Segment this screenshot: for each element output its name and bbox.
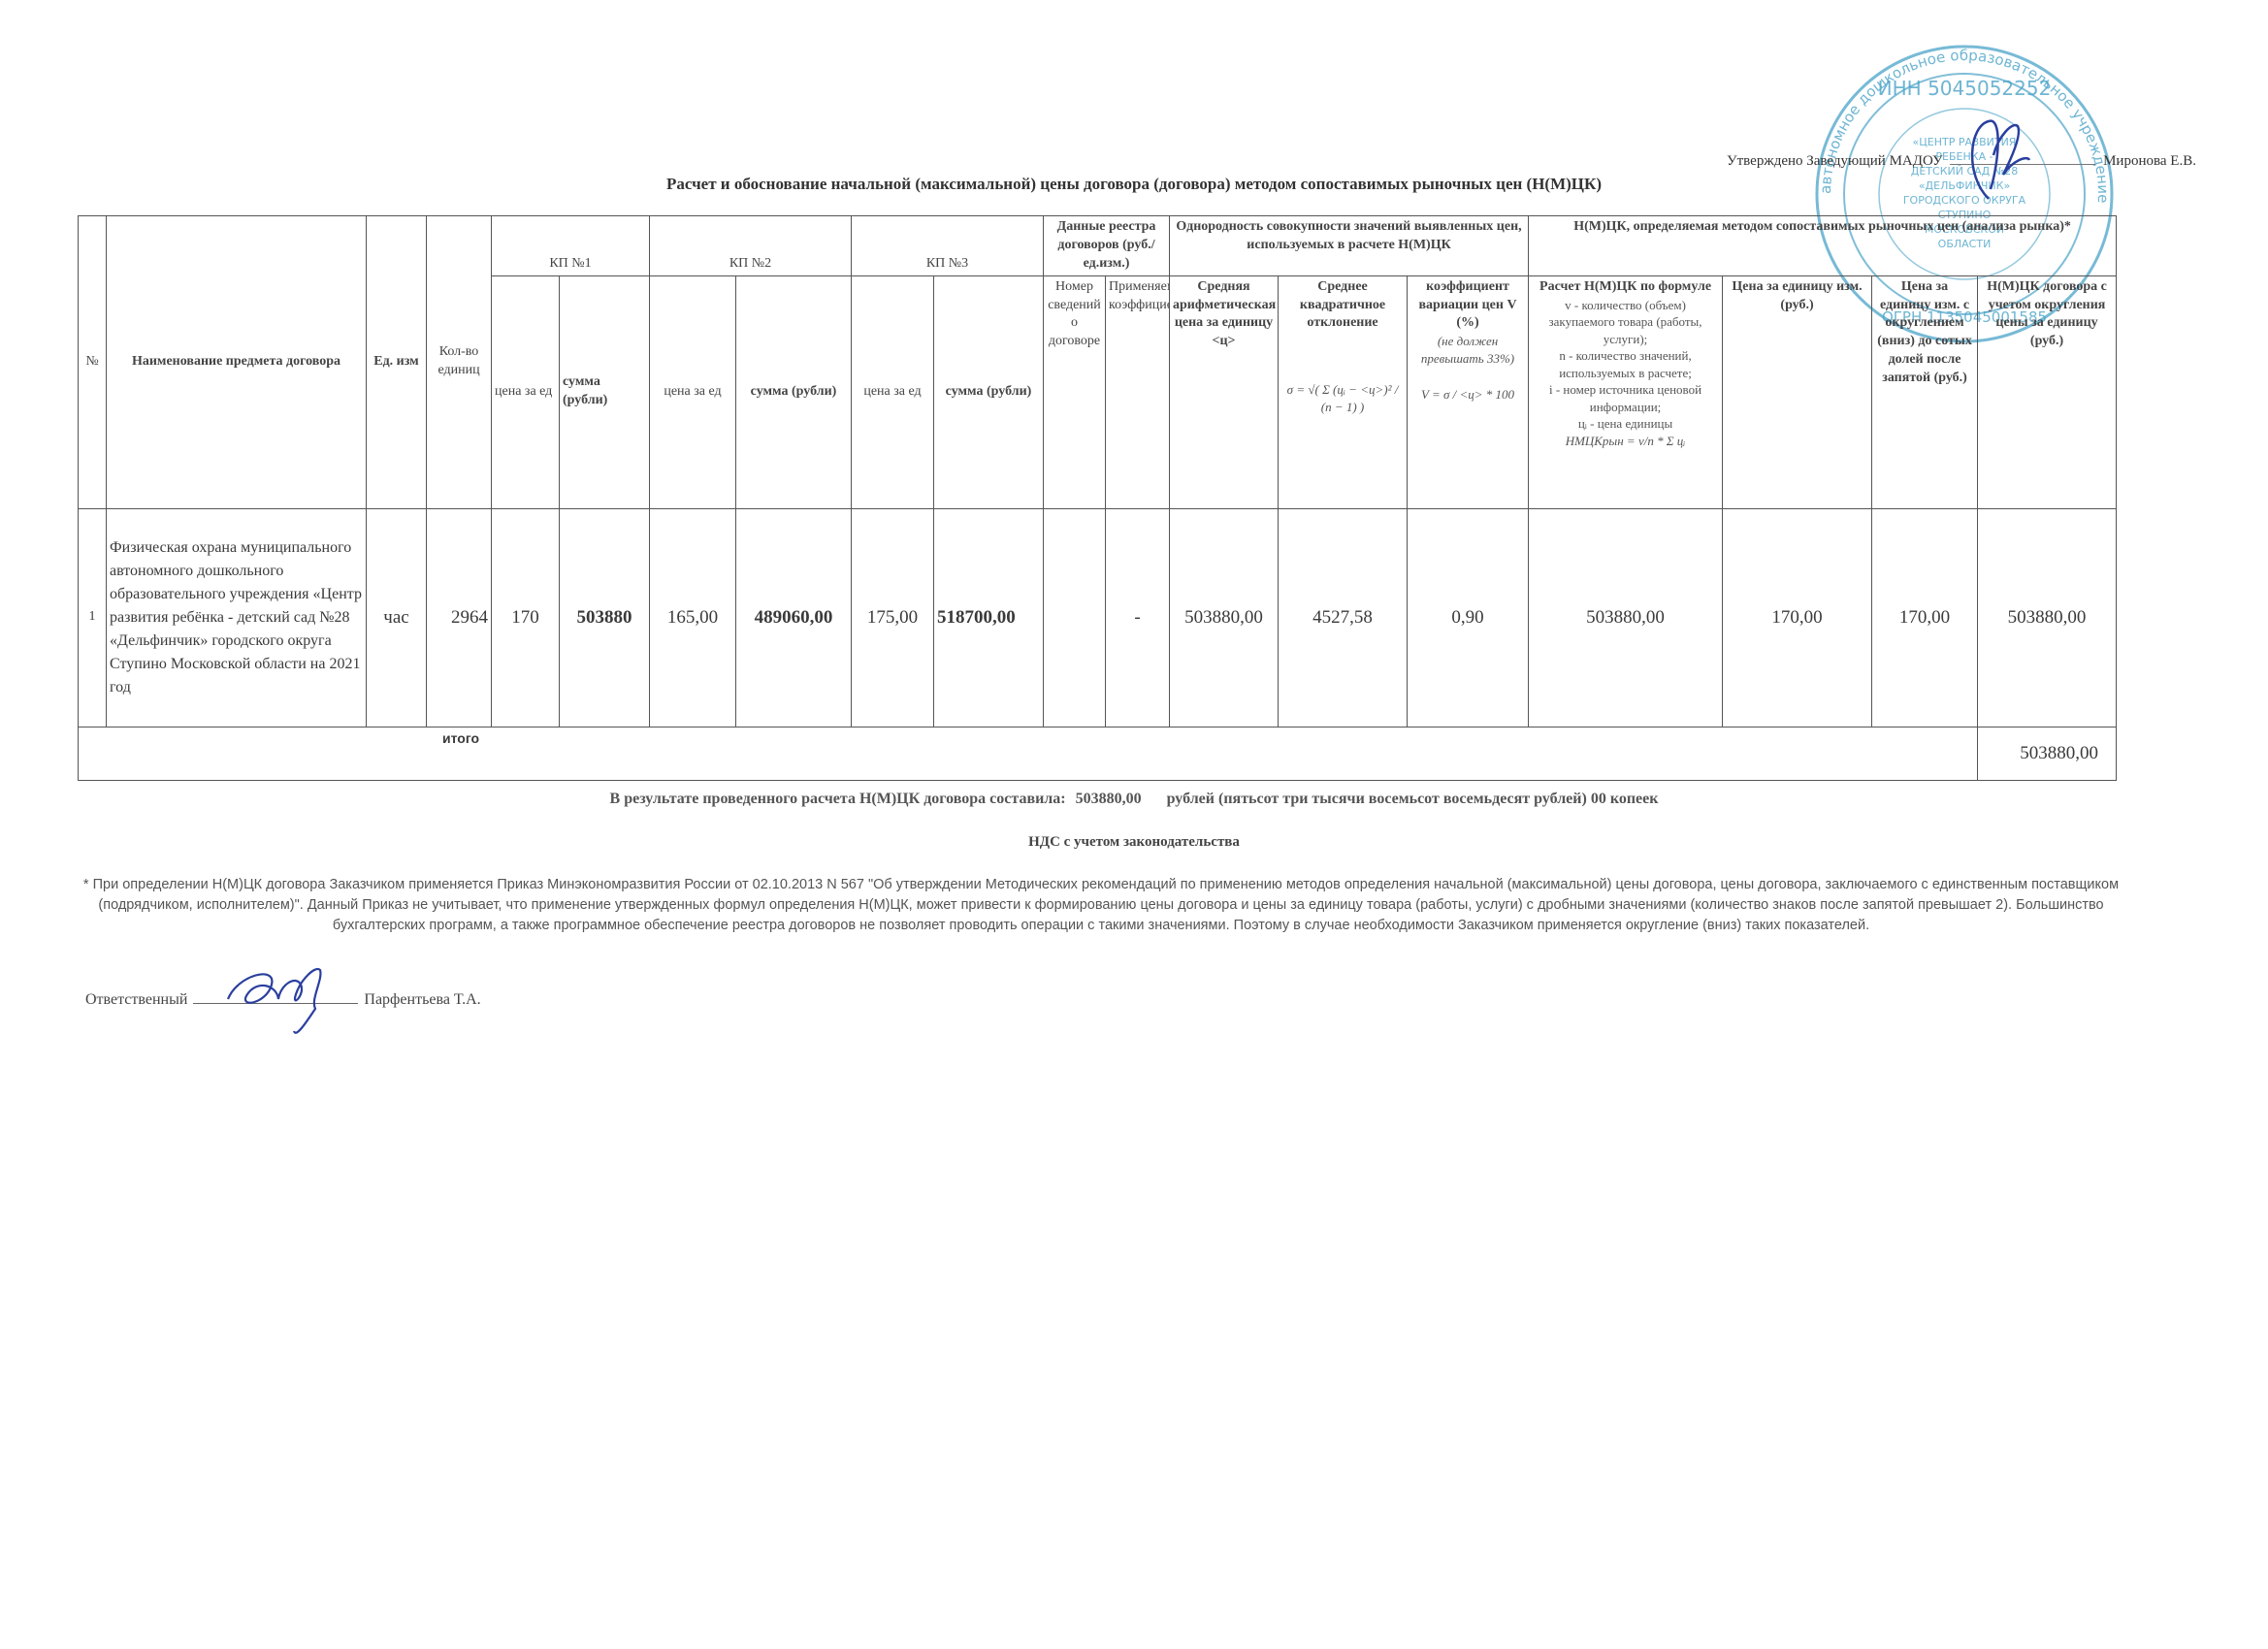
nds-note: НДС с учетом законодательства xyxy=(0,834,2268,851)
nmck-calc-legend: v - количество (объем) закупаемого товар… xyxy=(1532,297,1719,433)
row-unit-price: 170,00 xyxy=(1723,508,1872,727)
nmck-total-header: Н(М)ЦК договора с учетом округления цены… xyxy=(1978,275,2117,508)
approval-name: Миронова Е.В. xyxy=(2103,153,2196,169)
std-dev-header-cell: Среднее квадратичное отклонение σ = √( Σ… xyxy=(1279,275,1408,508)
col-name-header: Наименование предмета договора xyxy=(107,216,367,509)
col-num-header: № xyxy=(79,216,107,509)
row-name: Физическая охрана муниципального автоном… xyxy=(107,508,367,727)
nmck-legend-line: v - количество (объем) закупаемого товар… xyxy=(1532,297,1719,348)
row-avg-price: 503880,00 xyxy=(1170,508,1279,727)
nmck-legend-line: цᵢ - цена единицы xyxy=(1532,415,1719,433)
registry-coef-header: Применяемый коэффициент xyxy=(1106,275,1170,508)
total-row: итого 503880,00 xyxy=(79,727,2117,780)
kp1-price-header: цена за ед xyxy=(492,275,560,508)
responsible-name: Парфентьева Т.А. xyxy=(364,991,480,1008)
nmck-legend-line: i - номер источника ценовой информации; xyxy=(1532,381,1719,415)
kp2-sum-header: сумма (рубли) xyxy=(736,275,852,508)
unit-price-header: Цена за единицу изм. (руб.) xyxy=(1723,275,1872,508)
row-registry-coef: - xyxy=(1106,508,1170,727)
nmck-group-header: Н(М)ЦК, определяемая методом сопоставимы… xyxy=(1529,216,2117,276)
result-amount: 503880,00 xyxy=(1076,791,1142,807)
table-row: 1 Физическая охрана муниципального автон… xyxy=(79,508,2117,727)
row-kp2-sum: 489060,00 xyxy=(736,508,852,727)
registry-num-header: Номер сведений о договоре xyxy=(1044,275,1106,508)
variation-header: коэффициент вариации цен V (%) xyxy=(1410,278,1525,334)
nmck-table: № Наименование предмета договора Ед. изм… xyxy=(78,215,2117,781)
std-dev-formula: σ = √( Σ (цᵢ − <ц>)² / (n − 1) ) xyxy=(1281,381,1404,415)
unit-price-rounded-header: Цена за единицу изм. с округлением (вниз… xyxy=(1872,275,1978,508)
result-prefix: В результате проведенного расчета Н(М)ЦК… xyxy=(610,791,1066,807)
col-unit-header: Ед. изм xyxy=(367,216,427,509)
row-unit-price-rounded: 170,00 xyxy=(1872,508,1978,727)
footnote: * При определении Н(М)ЦК договора Заказч… xyxy=(82,875,2120,936)
nmck-legend-line: n - количество значений, используемых в … xyxy=(1532,347,1719,381)
responsible-signature xyxy=(218,955,344,1043)
variation-header-cell: коэффициент вариации цен V (%) (не долже… xyxy=(1408,275,1529,508)
nmck-calc-header-cell: Расчет Н(М)ЦК по формуле v - количество … xyxy=(1529,275,1723,508)
variation-note: (не должен превышать 33%) xyxy=(1410,333,1525,367)
result-words: рублей (пятьсот три тысячи восемьсот вос… xyxy=(1167,791,1659,807)
row-kp1-sum: 503880 xyxy=(560,508,650,727)
director-signature xyxy=(1960,107,2037,223)
row-kp3-sum: 518700,00 xyxy=(934,508,1044,727)
approval-label: Утверждено Заведующий МАДОУ xyxy=(1727,153,1943,169)
total-label: итого xyxy=(79,727,1978,780)
variation-formula: V = σ / <ц> * 100 xyxy=(1410,386,1525,404)
kp2-header: КП №2 xyxy=(650,216,852,276)
kp3-header: КП №3 xyxy=(852,216,1044,276)
document-title: Расчет и обоснование начальной (максимал… xyxy=(0,175,2268,194)
row-variation: 0,90 xyxy=(1408,508,1529,727)
nmck-calc-header: Расчет Н(М)ЦК по формуле xyxy=(1532,278,1719,297)
responsible-label: Ответственный xyxy=(85,991,187,1008)
row-num: 1 xyxy=(79,508,107,727)
kp2-price-header: цена за ед xyxy=(650,275,736,508)
row-kp3-price: 175,00 xyxy=(852,508,934,727)
kp1-header: КП №1 xyxy=(492,216,650,276)
col-qty-header: Кол-во единиц xyxy=(427,216,492,509)
row-nmck-calc: 503880,00 xyxy=(1529,508,1723,727)
row-unit: час xyxy=(367,508,427,727)
stamp-inn: ИНН 5045052252 xyxy=(1878,77,2052,100)
registry-header: Данные реестра договоров (руб./ед.изм.) xyxy=(1044,216,1170,276)
std-dev-header: Среднее квадратичное отклонение xyxy=(1281,278,1404,334)
homogeneity-header: Однородность совокупности значений выявл… xyxy=(1170,216,1529,276)
row-qty: 2964 xyxy=(427,508,492,727)
row-kp1-price: 170 xyxy=(492,508,560,727)
nmck-calc-formula: НМЦКрын = v/n * Σ цᵢ xyxy=(1532,433,1719,450)
row-std-dev: 4527,58 xyxy=(1279,508,1408,727)
row-registry-num xyxy=(1044,508,1106,727)
kp1-sum-header: сумма (рубли) xyxy=(560,275,650,508)
total-value: 503880,00 xyxy=(1978,727,2117,780)
row-nmck-total: 503880,00 xyxy=(1978,508,2117,727)
avg-price-header: Средняя арифметическая цена за единицу <… xyxy=(1170,275,1279,508)
result-line: В результате проведенного расчета Н(М)ЦК… xyxy=(0,791,2268,808)
kp3-sum-header: сумма (рубли) xyxy=(934,275,1044,508)
row-kp2-price: 165,00 xyxy=(650,508,736,727)
kp3-price-header: цена за ед xyxy=(852,275,934,508)
